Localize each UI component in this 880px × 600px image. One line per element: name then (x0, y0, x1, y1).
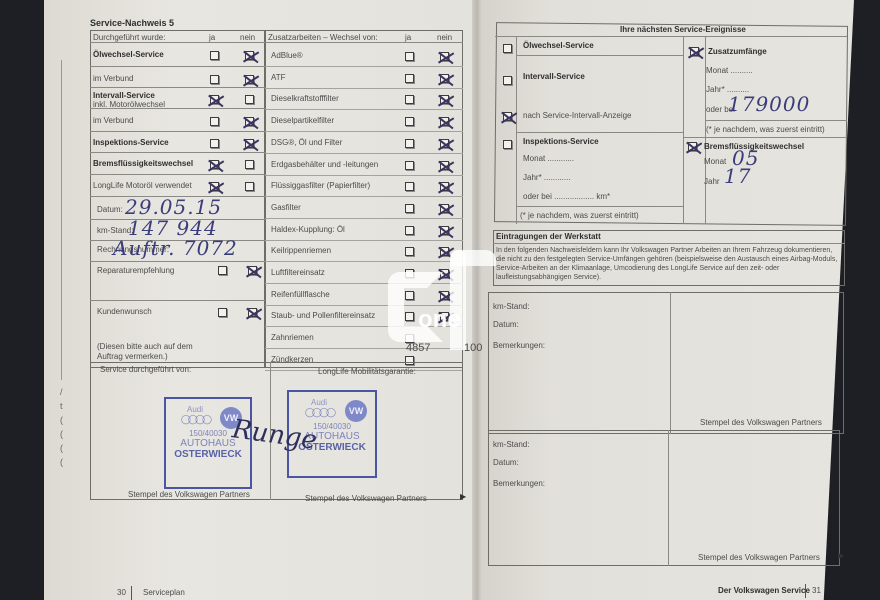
service-record-title: Service-Nachweis 5 (90, 18, 174, 28)
next-page-arrow-icon: ▶ (838, 551, 844, 560)
row-divider (90, 108, 265, 109)
performed-row-label: Ölwechsel-Service (93, 50, 164, 59)
margin-mark: ( (60, 455, 63, 469)
extras-row-label: ATF (271, 73, 286, 82)
row-divider (265, 109, 463, 110)
extras-note: (* je nachdem, was zuerst eintritt) (706, 125, 825, 134)
row-divider (265, 196, 463, 197)
repair-recommendation-nein-checkbox[interactable] (248, 266, 257, 275)
extras-nein-checkbox[interactable] (440, 139, 449, 148)
repair-recommendation-ja-checkbox[interactable] (218, 266, 227, 275)
extras-nein-checkbox[interactable] (440, 52, 449, 61)
extras-nein-checkbox[interactable] (440, 74, 449, 83)
performed-ja-checkbox[interactable] (210, 95, 219, 104)
extras-nein-checkbox[interactable] (440, 117, 449, 126)
margin-mark: ( (60, 427, 63, 441)
workshop-text: In den folgenden Nachweisfeldern kann Ih… (496, 246, 841, 282)
performed-row-label: Bremsflüssigkeitswechsel (93, 159, 193, 168)
extras-ja-checkbox[interactable] (405, 334, 414, 343)
margin-mark: ( (60, 413, 63, 427)
row-divider (265, 240, 463, 241)
performed-row-label: Inspektions-Service (93, 138, 169, 147)
invoice-value[interactable]: Auftr. 7072 (113, 236, 238, 260)
row-divider (265, 88, 463, 89)
col-divider (670, 292, 671, 434)
interval-indicator-checkbox[interactable] (503, 112, 512, 121)
extras-ja-checkbox[interactable] (405, 95, 414, 104)
row-divider (265, 348, 463, 349)
performed-nein-checkbox[interactable] (245, 95, 254, 104)
extras-ja-checkbox[interactable] (405, 182, 414, 191)
entry1-date-label: Datum: (493, 320, 519, 329)
interval-indicator-label: nach Service-Intervall-Anzeige (523, 111, 632, 120)
extras-nein-checkbox[interactable] (440, 95, 449, 104)
brake-fluid-checkbox[interactable] (688, 142, 697, 151)
performed-nein-checkbox[interactable] (245, 75, 254, 84)
date-label: Datum: (97, 205, 123, 214)
stamp-caption-1: Stempel des Volkswagen Partners (128, 490, 250, 499)
performed-ja-checkbox[interactable] (210, 182, 219, 191)
performed-nein-checkbox[interactable] (245, 182, 254, 191)
row-divider (265, 305, 463, 306)
extras-row-label: Zahnriemen (271, 333, 314, 342)
extras-row-label: Flüssiggasfilter (Papierfilter) (271, 181, 370, 190)
entry2-stamp-caption: Stempel des Volkswagen Partners (698, 553, 820, 562)
row-divider (265, 326, 463, 327)
extras-nein-checkbox[interactable] (440, 247, 449, 256)
extras-row-label: Haldex-Kupplung: Öl (271, 225, 345, 234)
entry1-remarks-label: Bemerkungen: (493, 341, 545, 350)
performed-nein-checkbox[interactable] (245, 139, 254, 148)
book-spine (472, 0, 482, 600)
customer-request-ja-checkbox[interactable] (218, 308, 227, 317)
extras-row-label: Dieselkraftstofffilter (271, 94, 339, 103)
row-divider (90, 66, 265, 67)
extras-label: Zusatzumfänge (708, 47, 767, 56)
extras-nein-checkbox[interactable] (440, 204, 449, 213)
inspection-year-field[interactable]: Jahr* ............ (523, 173, 571, 182)
extras-row-label: DSG®, Öl und Filter (271, 138, 342, 147)
extras-row-label: Erdgasbehälter und -leitungen (271, 160, 378, 169)
extras-row-label: Dieselpartikelfilter (271, 116, 334, 125)
audi-rings-icon: ◯◯◯◯ (289, 407, 349, 418)
extras-ja-checkbox[interactable] (405, 269, 414, 278)
stamp-brand: Audi (166, 405, 224, 414)
header-divider (90, 42, 463, 43)
extras-nein-checkbox[interactable] (440, 269, 449, 278)
extras-km-value[interactable]: 179000 (728, 92, 810, 116)
audi-rings-icon: ◯◯◯◯ (166, 414, 224, 425)
performed-ja-checkbox[interactable] (210, 75, 219, 84)
row-divider (493, 243, 845, 244)
margin-mark: ( (60, 441, 63, 455)
extras-ja-header: ja (405, 33, 411, 42)
brake-year-label: Jahr (704, 177, 720, 186)
row-divider (265, 261, 463, 262)
extras-nein-checkbox[interactable] (440, 182, 449, 191)
inspection-service-label: Inspektions-Service (523, 137, 599, 146)
row-divider (516, 55, 683, 56)
extras-ja-checkbox[interactable] (405, 291, 414, 300)
extras-ja-checkbox[interactable] (405, 139, 414, 148)
row-divider (683, 137, 847, 138)
row-divider (265, 131, 463, 132)
extras-ja-checkbox[interactable] (405, 74, 414, 83)
row-divider (90, 174, 265, 175)
left-page-section: Serviceplan (143, 588, 185, 597)
margin-line (61, 60, 62, 380)
extras-ja-checkbox[interactable] (405, 52, 414, 61)
right-page-number: 31 (812, 586, 821, 595)
stamp-brand: Audi (289, 398, 349, 407)
row-divider (265, 218, 463, 219)
inspection-service-checkbox[interactable] (503, 140, 512, 149)
extras-ja-checkbox[interactable] (405, 117, 414, 126)
performed-row-label: im Verbund (93, 116, 133, 125)
performed-row-label: LongLife Motoröl verwendet (93, 181, 192, 190)
extras-ja-checkbox[interactable] (405, 204, 414, 213)
interval-service-checkbox[interactable] (503, 76, 512, 85)
row-divider (516, 132, 683, 133)
customer-request-label: Kundenwunsch (97, 307, 152, 316)
entry2-date-label: Datum: (493, 458, 519, 467)
customer-request-note: (Diesen bitte auch auf dem Auftrag verme… (97, 342, 217, 362)
row-divider (90, 300, 265, 301)
performed-nein-checkbox[interactable] (245, 160, 254, 169)
row-divider (90, 131, 265, 132)
extras-nein-checkbox[interactable] (440, 291, 449, 300)
row-divider (90, 152, 265, 153)
entry1-km-label: km-Stand: (493, 302, 529, 311)
stamp-line2: OSTERWIECK (166, 449, 250, 460)
performed-ja-checkbox[interactable] (210, 160, 219, 169)
row-divider (90, 261, 265, 262)
entry2-km-label: km-Stand: (493, 440, 529, 449)
vw-logo-icon: VW (345, 400, 367, 422)
extras-nein-checkbox[interactable] (440, 226, 449, 235)
next-page-arrow-icon: ▶ (460, 492, 466, 501)
entry1-stamp-caption: Stempel des Volkswagen Partners (700, 418, 822, 427)
left-page-number: 30 (117, 588, 126, 597)
row-divider (265, 66, 463, 67)
entry2-remarks-label: Bemerkungen: (493, 479, 545, 488)
customer-request-nein-checkbox[interactable] (248, 308, 257, 317)
row-divider (705, 120, 847, 121)
oil-service-label: Ölwechsel-Service (523, 41, 594, 50)
row-divider (265, 175, 463, 176)
margin-mark: / (60, 385, 63, 399)
next-service-title: Ihre nächsten Service-Ereignisse (620, 25, 746, 34)
inspection-note: (* je nachdem, was zuerst eintritt) (520, 211, 639, 220)
extras-ja-checkbox[interactable] (405, 247, 414, 256)
performed-ja-header: ja (209, 33, 215, 42)
repair-recommendation-label: Reparaturempfehlung (97, 266, 174, 275)
workshop-entry-2 (488, 430, 840, 566)
extras-row-label: Reifenfüllflasche (271, 290, 330, 299)
performed-nein-checkbox[interactable] (245, 117, 254, 126)
extras-row-label: Gasfilter (271, 203, 301, 212)
mobility-guarantee-label: LongLife Mobilitätsgarantie: (318, 367, 416, 376)
col-divider (516, 36, 517, 224)
footer-divider (805, 584, 806, 598)
extras-header: Zusatzarbeiten – Wechsel von: (268, 33, 378, 42)
extras-nein-checkbox[interactable] (440, 312, 449, 321)
col-divider (683, 36, 684, 224)
footer-divider (131, 586, 132, 600)
performed-nein-header: nein (240, 33, 255, 42)
performed-row-label: Intervall-Service (93, 91, 155, 100)
inspection-km-field[interactable]: oder bei .................. km* (523, 192, 610, 201)
oil-service-checkbox[interactable] (503, 44, 512, 53)
inspection-month-field[interactable]: Monat ............ (523, 154, 574, 163)
performed-ja-checkbox[interactable] (210, 139, 219, 148)
right-page-section: Der Volkswagen Service (718, 586, 810, 595)
stamp-caption-2: Stempel des Volkswagen Partners (305, 494, 427, 503)
interval-service-label: Intervall-Service (523, 72, 585, 81)
extras-row-label: Staub- und Pollenfiltereinsatz (271, 311, 375, 320)
margin-marks: /t(((( (60, 385, 63, 469)
row-divider (90, 87, 265, 88)
performed-nein-checkbox[interactable] (245, 51, 254, 60)
margin-mark: t (60, 399, 63, 413)
extras-nein-header: nein (437, 33, 452, 42)
extras-checkbox[interactable] (690, 47, 699, 56)
brake-year-value[interactable]: 17 (724, 164, 751, 188)
extras-row-label: Keilrippenriemen (271, 246, 331, 255)
extras-month-field[interactable]: Monat .......... (706, 66, 753, 75)
workshop-title: Eintragungen der Werkstatt (496, 232, 601, 241)
col-divider (668, 430, 669, 566)
workshop-entry-1 (488, 292, 844, 434)
extras-row-label: Luftfiltereinsatz (271, 268, 325, 277)
extras-ja-checkbox[interactable] (405, 161, 414, 170)
performed-row-label: im Verbund (93, 74, 133, 83)
row-divider (265, 153, 463, 154)
row-divider (495, 36, 847, 37)
service-by-label: Service durchgeführt von: (100, 365, 191, 374)
row-divider (265, 283, 463, 284)
performed-ja-checkbox[interactable] (210, 117, 219, 126)
performed-ja-checkbox[interactable] (210, 51, 219, 60)
performed-header: Durchgeführt wurde: (93, 33, 165, 42)
extras-ja-checkbox[interactable] (405, 226, 414, 235)
extras-nein-checkbox[interactable] (440, 161, 449, 170)
row-divider (516, 206, 683, 207)
brake-month-label: Monat (704, 157, 726, 166)
extras-ja-checkbox[interactable] (405, 312, 414, 321)
extras-row-label: AdBlue® (271, 51, 303, 60)
